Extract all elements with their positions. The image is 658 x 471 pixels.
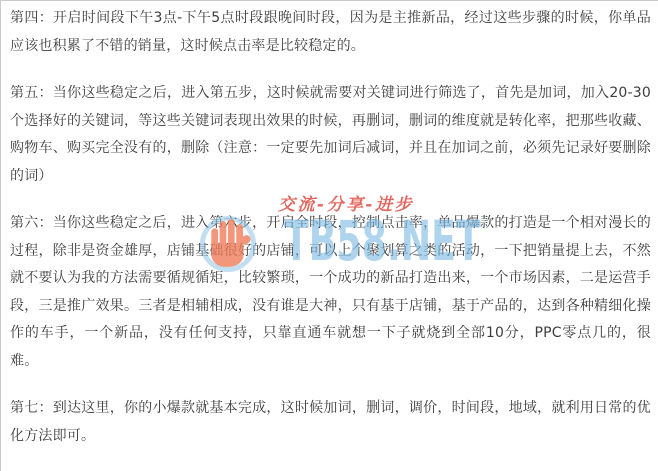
paragraph-step-7: 第七：到达这里，你的小爆款就基本完成，这时候加词，删词，调价，时间段，地域，就利… (10, 395, 651, 450)
document-page: 第四：开启时间段下午3点-下午5点时段跟晚间时段，因为是主推新品，经过这些步骤的… (0, 0, 658, 471)
paragraph-step-5: 第五：当你这些稳定之后，进入第五步，这时候就需要对关键词进行筛选了，首先是加词，… (10, 80, 651, 190)
article-text: 第四：开启时间段下午3点-下午5点时段跟晚间时段，因为是主推新品，经过这些步骤的… (1, 1, 658, 470)
paragraph-step-4: 第四：开启时间段下午3点-下午5点时段跟晚间时段，因为是主推新品，经过这些步骤的… (10, 5, 651, 60)
paragraph-step-6: 第六：当你这些稳定之后，进入第六步，开启全时段，控制点击率，单品爆款的打造是一个… (10, 210, 651, 375)
